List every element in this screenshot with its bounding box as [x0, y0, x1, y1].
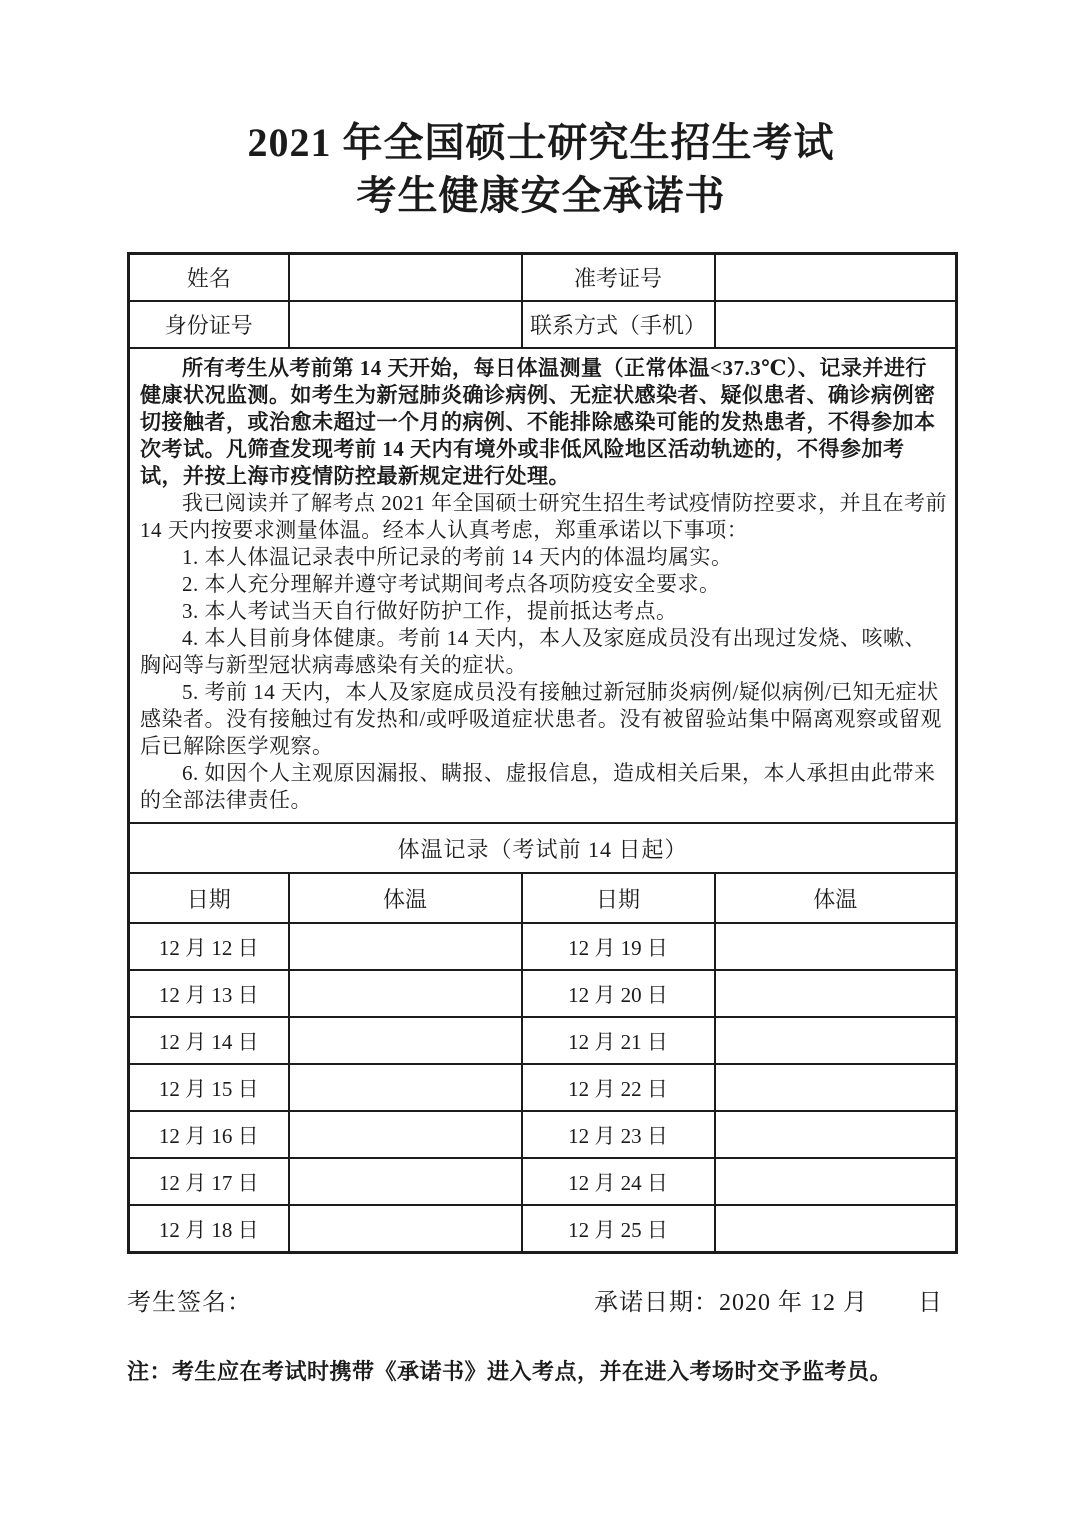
temperature-row: 12 月 18 日 12 月 25 日 [129, 1205, 957, 1253]
temperature-header-left: 体温 [289, 873, 522, 923]
health-notice-paragraph: 所有考生从考前第 14 天开始，每日体温测量（正常体温<37.3℃）、记录并进行… [140, 355, 947, 490]
temperature-header-row: 日期 体温 日期 体温 [129, 873, 957, 923]
temperature-value-cell [289, 1158, 522, 1205]
temperature-value-cell [289, 1205, 522, 1253]
commitment-item-6: 6. 如因个人主观原因漏报、瞒报、虚报信息，造成相关后果，本人承担由此带来的全部… [140, 760, 947, 814]
commitment-item-2: 2. 本人充分理解并遵守考试期间考点各项防疫安全要求。 [140, 571, 947, 598]
commitment-item-5: 5. 考前 14 天内，本人及家庭成员没有接触过新冠肺炎病例/疑似病例/已知无症… [140, 679, 947, 760]
date-cell: 12 月 23 日 [522, 1111, 715, 1158]
phone-label: 联系方式（手机） [522, 301, 715, 348]
temperature-value-cell [289, 970, 522, 1017]
admission-ticket-number-label: 准考证号 [522, 254, 715, 302]
name-label: 姓名 [129, 254, 289, 302]
date-cell: 12 月 14 日 [129, 1017, 289, 1064]
commitment-item-1: 1. 本人体温记录表中所记录的考前 14 天内的体温均属实。 [140, 544, 947, 571]
temperature-section-title-row: 体温记录（考试前 14 日起） [129, 823, 957, 873]
date-header-left: 日期 [129, 873, 289, 923]
notice-row: 所有考生从考前第 14 天开始，每日体温测量（正常体温<37.3℃）、记录并进行… [129, 348, 957, 823]
date-cell: 12 月 22 日 [522, 1064, 715, 1111]
temperature-value-cell [715, 1158, 957, 1205]
notice-text-cell: 所有考生从考前第 14 天开始，每日体温测量（正常体温<37.3℃）、记录并进行… [129, 348, 957, 823]
temperature-value-cell [715, 923, 957, 970]
temperature-record-title: 体温记录（考试前 14 日起） [129, 823, 957, 873]
date-cell: 12 月 18 日 [129, 1205, 289, 1253]
temperature-value-cell [289, 923, 522, 970]
temperature-row: 12 月 15 日 12 月 22 日 [129, 1064, 957, 1111]
info-row-id: 身份证号 联系方式（手机） [129, 301, 957, 348]
signature-date-row: 考生签名： 承诺日期：2020 年 12 月 日 [127, 1282, 955, 1317]
commitment-intro-paragraph: 我已阅读并了解考点 2021 年全国硕士研究生招生考试疫情防控要求，并且在考前 … [140, 490, 947, 544]
name-value-cell [289, 254, 522, 302]
date-cell: 12 月 20 日 [522, 970, 715, 1017]
signature-label: 考生签名： [127, 1282, 252, 1317]
commitment-date-label: 承诺日期：2020 年 12 月 日 [594, 1282, 955, 1317]
date-cell: 12 月 19 日 [522, 923, 715, 970]
temperature-row: 12 月 13 日 12 月 20 日 [129, 970, 957, 1017]
date-header-right: 日期 [522, 873, 715, 923]
temperature-value-cell [715, 970, 957, 1017]
footer-note: 注：考生应在考试时携带《承诺书》进入考点，并在进入考场时交予监考员。 [127, 1355, 955, 1386]
document-page: 2021 年全国硕士研究生招生考试 考生健康安全承诺书 姓名 准考证号 身份证号… [0, 0, 1080, 1386]
document-title-line1: 2021 年全国硕士研究生招生考试 [127, 116, 955, 169]
date-cell: 12 月 24 日 [522, 1158, 715, 1205]
date-cell: 12 月 12 日 [129, 923, 289, 970]
info-row-name: 姓名 准考证号 [129, 254, 957, 302]
id-number-value-cell [289, 301, 522, 348]
admission-ticket-number-value-cell [715, 254, 957, 302]
temperature-row: 12 月 12 日 12 月 19 日 [129, 923, 957, 970]
temperature-header-right: 体温 [715, 873, 957, 923]
commitment-item-4: 4. 本人目前身体健康。考前 14 天内，本人及家庭成员没有出现过发烧、咳嗽、胸… [140, 625, 947, 679]
date-cell: 12 月 21 日 [522, 1017, 715, 1064]
temperature-value-cell [715, 1064, 957, 1111]
phone-value-cell [715, 301, 957, 348]
temperature-value-cell [289, 1111, 522, 1158]
temperature-row: 12 月 17 日 12 月 24 日 [129, 1158, 957, 1205]
temperature-value-cell [715, 1111, 957, 1158]
date-cell: 12 月 17 日 [129, 1158, 289, 1205]
document-title-line2: 考生健康安全承诺书 [127, 169, 955, 222]
date-cell: 12 月 15 日 [129, 1064, 289, 1111]
commitment-form-table: 姓名 准考证号 身份证号 联系方式（手机） 所有考生从考前第 14 天开始，每日… [127, 252, 958, 1254]
date-cell: 12 月 16 日 [129, 1111, 289, 1158]
date-cell: 12 月 25 日 [522, 1205, 715, 1253]
temperature-row: 12 月 14 日 12 月 21 日 [129, 1017, 957, 1064]
commitment-item-3: 3. 本人考试当天自行做好防护工作，提前抵达考点。 [140, 598, 947, 625]
temperature-row: 12 月 16 日 12 月 23 日 [129, 1111, 957, 1158]
id-number-label: 身份证号 [129, 301, 289, 348]
temperature-value-cell [289, 1064, 522, 1111]
temperature-value-cell [715, 1205, 957, 1253]
temperature-value-cell [289, 1017, 522, 1064]
temperature-value-cell [715, 1017, 957, 1064]
date-cell: 12 月 13 日 [129, 970, 289, 1017]
